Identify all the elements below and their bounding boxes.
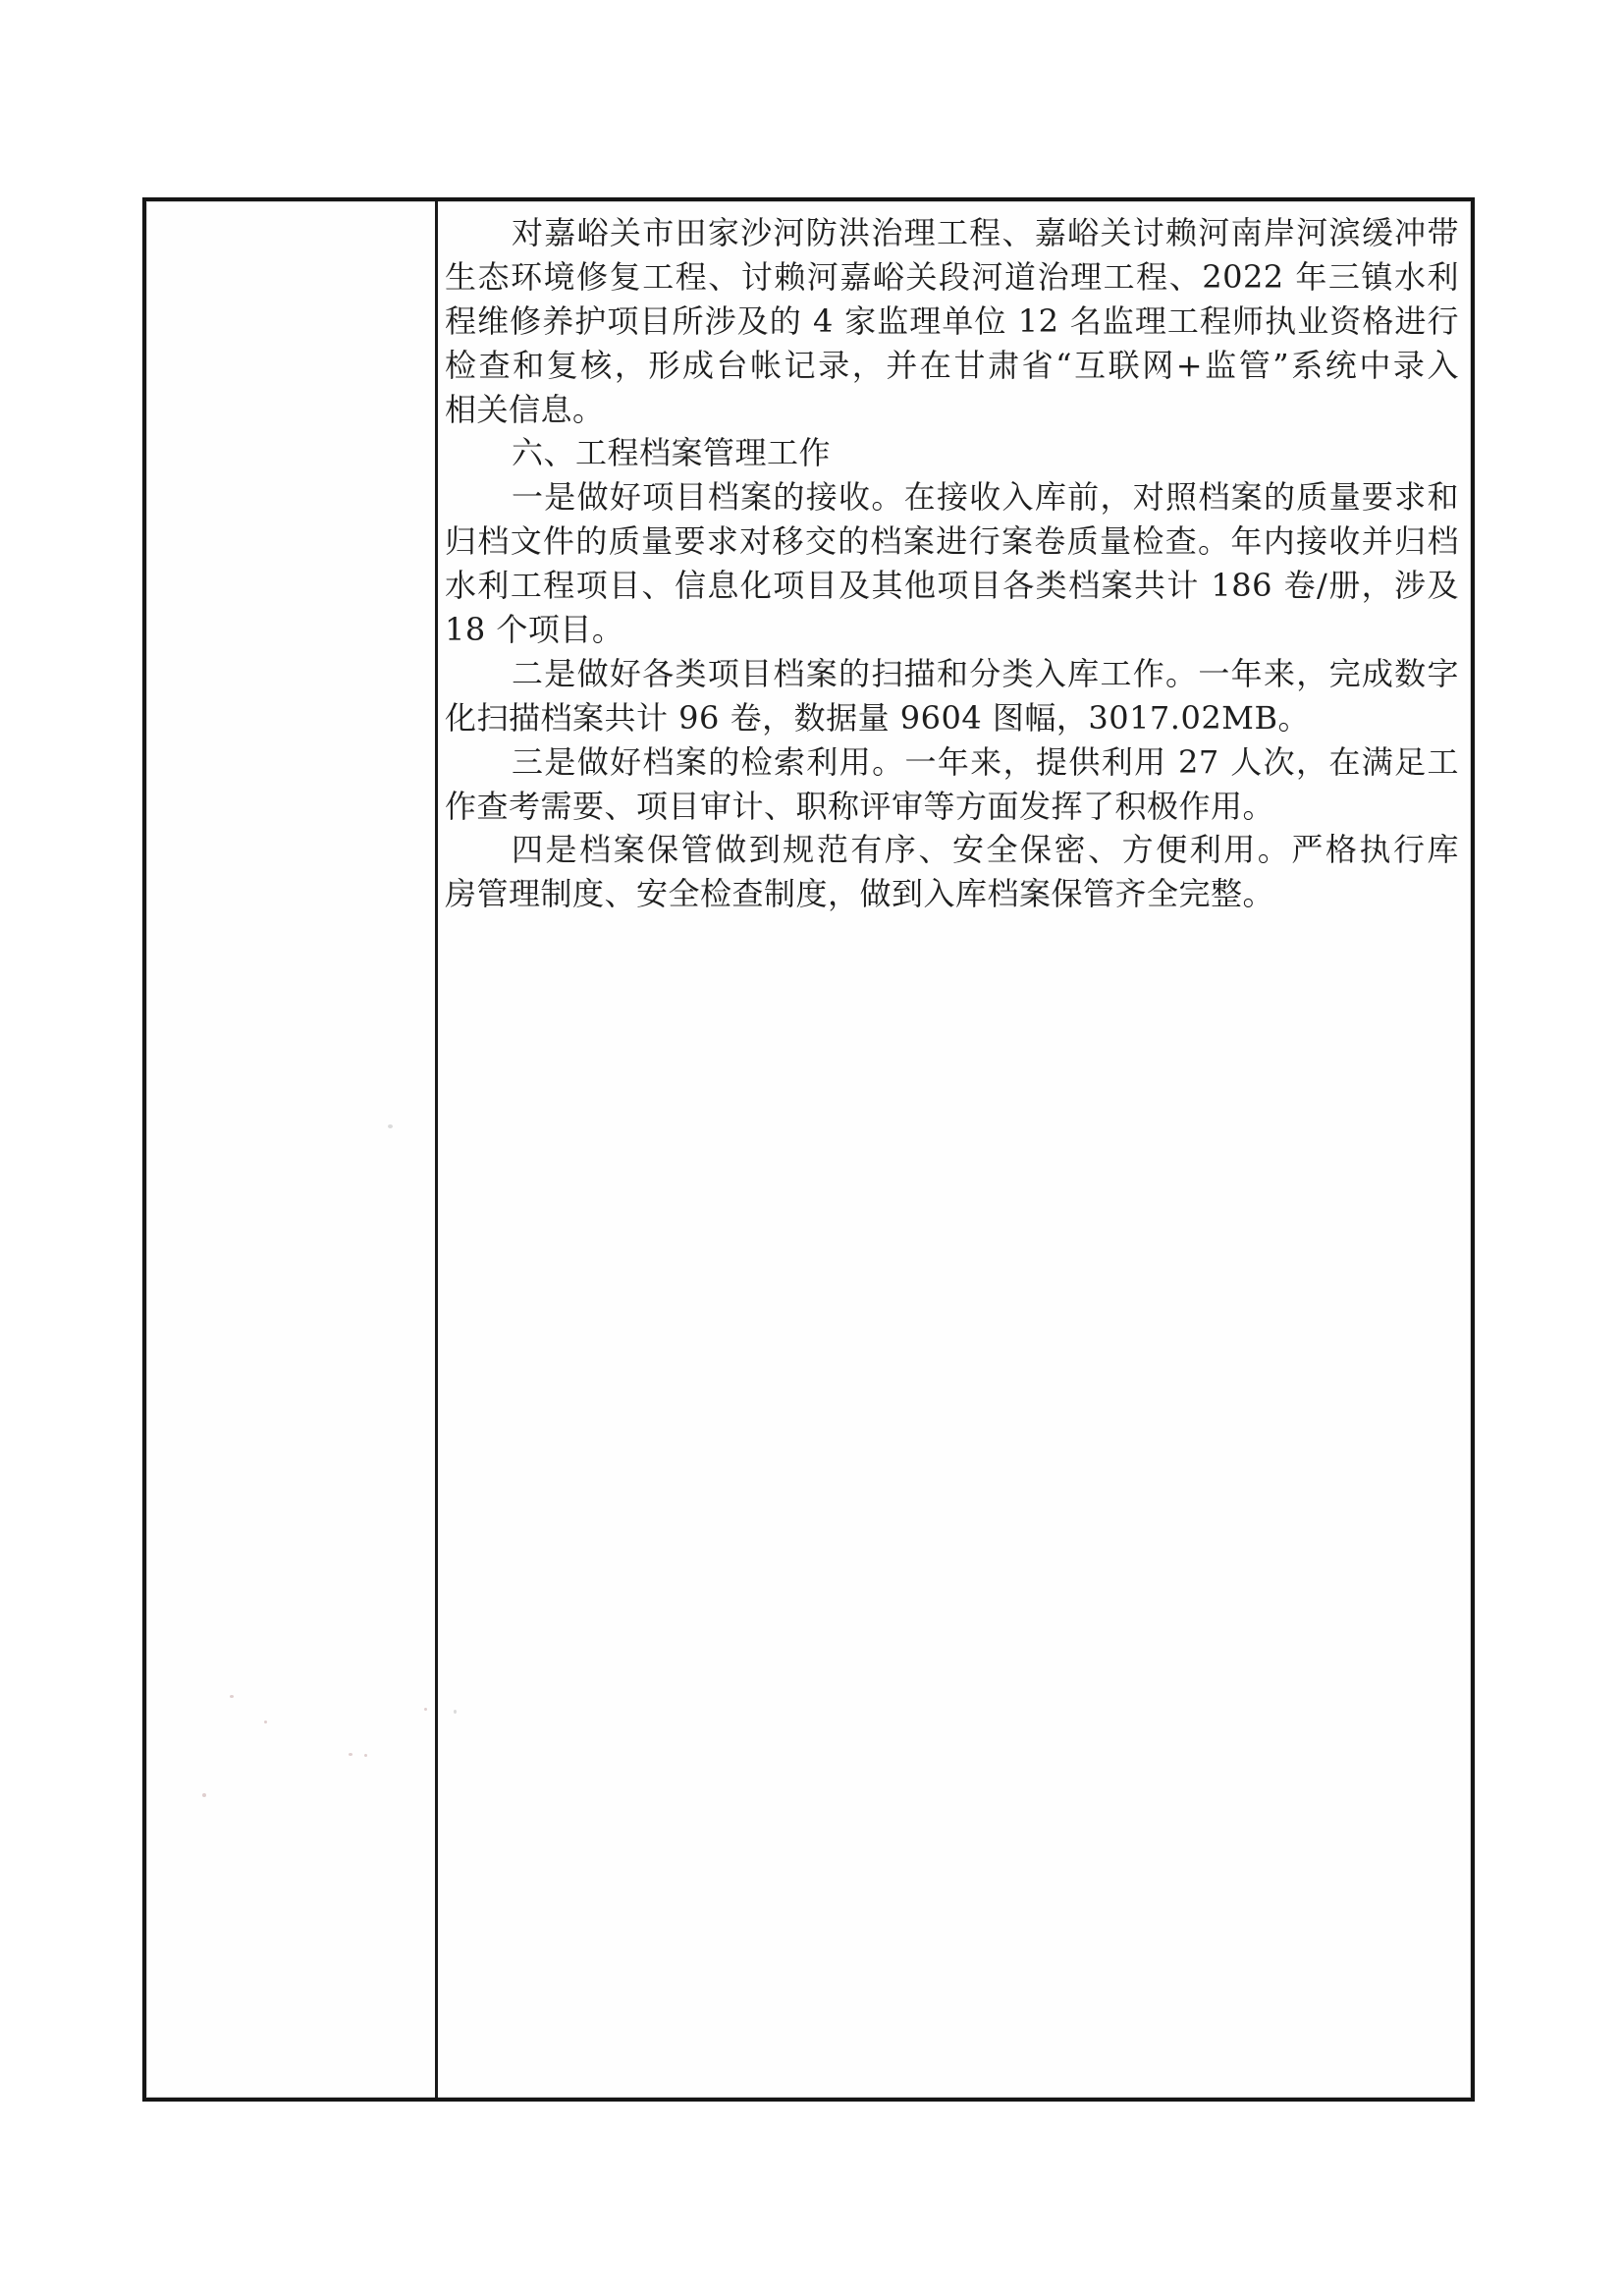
text-line: 相关信息。 (445, 388, 1459, 432)
scan-speck (424, 1708, 427, 1711)
scan-speck (230, 1695, 234, 1698)
text-line: 程维修养护项目所涉及的 4 家监理单位 12 名监理工程师执业资格进行 (445, 300, 1459, 344)
text-line: 一是做好项目档案的接收。在接收入库前，对照档案的质量要求和 (445, 475, 1459, 519)
section-heading-line: 六、工程档案管理工作 (445, 431, 1459, 475)
scan-speck (202, 1793, 206, 1797)
text-line: 检查和复核，形成台帐记录，并在甘肃省“互联网+监管”系统中录入 (445, 344, 1459, 388)
scan-speck (454, 1710, 457, 1714)
text-line: 18 个项目。 (445, 608, 1459, 652)
scan-speck (349, 1753, 352, 1756)
scan-speck (264, 1721, 267, 1723)
report-table: 对嘉峪关市田家沙河防洪治理工程、嘉峪关讨赖河南岸河滨缓冲带 生态环境修复工程、讨… (142, 197, 1475, 2102)
text-line: 四是档案保管做到规范有序、安全保密、方便利用。严格执行库 (445, 828, 1459, 872)
text-line: 作查考需要、项目审计、职称评审等方面发挥了积极作用。 (445, 785, 1459, 829)
scan-speck (364, 1754, 367, 1757)
text-line: 三是做好档案的检索利用。一年来，提供利用 27 人次，在满足工 (445, 740, 1459, 785)
text-line: 归档文件的质量要求对移交的档案进行案卷质量检查。年内接收并归档 (445, 519, 1459, 564)
text-line: 生态环境修复工程、讨赖河嘉峪关段河道治理工程、2022 年三镇水利工 (445, 255, 1459, 300)
scan-speck (388, 1124, 393, 1128)
table-right-column-text: 对嘉峪关市田家沙河防洪治理工程、嘉峪关讨赖河南岸河滨缓冲带 生态环境修复工程、讨… (438, 201, 1471, 2098)
text-line: 房管理制度、安全检查制度，做到入库档案保管齐全完整。 (445, 872, 1459, 916)
text-line: 化扫描档案共计 96 卷，数据量 9604 图幅，3017.02MB。 (445, 696, 1459, 740)
table-left-column-empty (146, 201, 438, 2098)
text-line: 对嘉峪关市田家沙河防洪治理工程、嘉峪关讨赖河南岸河滨缓冲带 (445, 211, 1459, 255)
scanned-document-page: 对嘉峪关市田家沙河防洪治理工程、嘉峪关讨赖河南岸河滨缓冲带 生态环境修复工程、讨… (0, 0, 1623, 2296)
text-line: 水利工程项目、信息化项目及其他项目各类档案共计 186 卷/册，涉及 (445, 564, 1459, 608)
text-line: 二是做好各类项目档案的扫描和分类入库工作。一年来，完成数字 (445, 652, 1459, 696)
